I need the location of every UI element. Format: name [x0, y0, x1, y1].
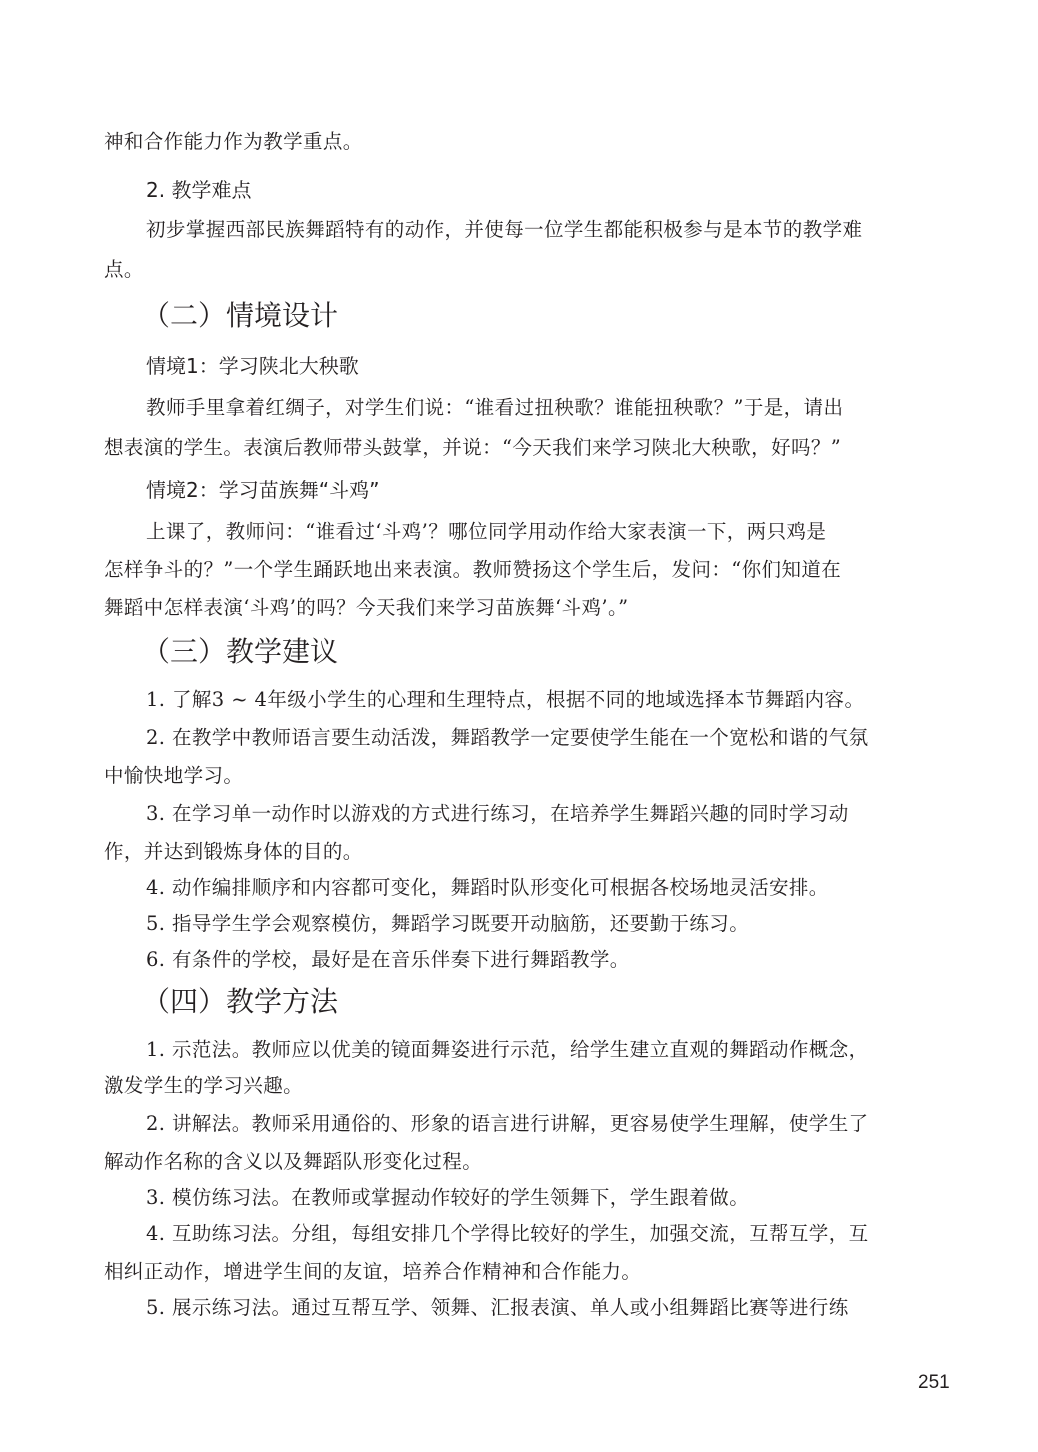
list-item: 5. 展示练习法。通过互帮互学、领舞、汇报表演、单人或小组舞蹈比赛等进行练 — [146, 1296, 849, 1320]
section-heading-teaching-suggestions: （三）教学建议 — [142, 636, 338, 668]
list-item-continuation: 解动作名称的含义以及舞蹈队形变化过程。 — [104, 1150, 482, 1174]
subheading-scenario-2: 情境2：学习苗族舞“斗鸡” — [146, 478, 379, 502]
section-heading-teaching-methods: （四）教学方法 — [142, 986, 338, 1018]
list-item: 2. 在教学中教师语言要生动活泼，舞蹈教学一定要使学生能在一个宽松和谐的气氛 — [146, 726, 869, 750]
body-text-line: 神和合作能力作为教学重点。 — [104, 130, 363, 154]
list-item: 3. 在学习单一动作时以游戏的方式进行练习，在培养学生舞蹈兴趣的同时学习动 — [146, 802, 849, 826]
subheading-teaching-difficulty: 2. 教学难点 — [146, 178, 251, 202]
body-text-line: 教师手里拿着红绸子，对学生们说：“谁看过扭秧歌？谁能扭秧歌？”于是，请出 — [146, 396, 843, 420]
body-text-line: 点。 — [104, 258, 144, 282]
list-item-continuation: 激发学生的学习兴趣。 — [104, 1074, 303, 1098]
body-text-line: 上课了，教师问：“谁看过‘斗鸡’？哪位同学用动作给大家表演一下，两只鸡是 — [146, 520, 826, 544]
body-text-line: 想表演的学生。表演后教师带头鼓掌，并说：“今天我们来学习陕北大秧歌，好吗？” — [104, 436, 841, 460]
body-text-line: 初步掌握西部民族舞蹈特有的动作，并使每一位学生都能积极参与是本节的教学难 — [146, 218, 862, 242]
section-heading-scenario-design: （二）情境设计 — [142, 300, 338, 332]
list-item: 3. 模仿练习法。在教师或掌握动作较好的学生领舞下，学生跟着做。 — [146, 1186, 749, 1210]
list-item-continuation: 作，并达到锻炼身体的目的。 — [104, 840, 363, 864]
list-item-continuation: 中愉快地学习。 — [104, 764, 243, 788]
list-item: 2. 讲解法。教师采用通俗的、形象的语言进行讲解，更容易使学生理解，使学生了 — [146, 1112, 869, 1136]
list-item: 5. 指导学生学会观察模仿，舞蹈学习既要开动脑筋，还要勤于练习。 — [146, 912, 749, 936]
list-item: 6. 有条件的学校，最好是在音乐伴奏下进行舞蹈教学。 — [146, 948, 630, 972]
list-item: 1. 了解3 ~ 4年级小学生的心理和生理特点，根据不同的地域选择本节舞蹈内容。 — [146, 688, 864, 712]
list-item: 1. 示范法。教师应以优美的镜面舞姿进行示范，给学生建立直观的舞蹈动作概念， — [146, 1038, 869, 1062]
list-item: 4. 互助练习法。分组，每组安排几个学得比较好的学生，加强交流，互帮互学，互 — [146, 1222, 869, 1246]
document-page: 神和合作能力作为教学重点。 2. 教学难点 初步掌握西部民族舞蹈特有的动作，并使… — [0, 0, 1038, 1452]
subheading-scenario-1: 情境1：学习陕北大秧歌 — [146, 354, 359, 378]
body-text-line: 舞蹈中怎样表演‘斗鸡’的吗？今天我们来学习苗族舞‘斗鸡’。” — [104, 596, 629, 620]
list-item: 4. 动作编排顺序和内容都可变化，舞蹈时队形变化可根据各校场地灵活安排。 — [146, 876, 829, 900]
body-text-line: 怎样争斗的？”一个学生踊跃地出来表演。教师赞扬这个学生后，发问：“你们知道在 — [104, 558, 841, 582]
list-item-continuation: 相纠正动作，增进学生间的友谊，培养合作精神和合作能力。 — [104, 1260, 641, 1284]
page-number: 251 — [918, 1372, 950, 1394]
